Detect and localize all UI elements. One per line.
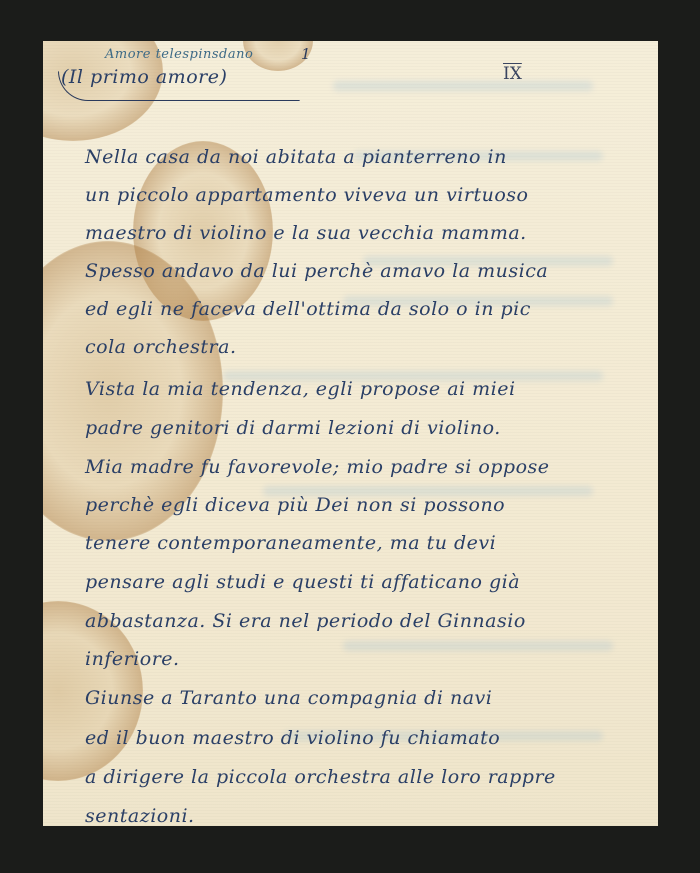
manuscript-page: Amore telespinsdano 1 IX (Il primo amore… [43,41,658,826]
text-line: tenere contemporaneamente, ma tu devi [85,532,496,554]
text-line: abbastanza. Si era nel periodo del Ginna… [85,610,526,632]
text-line: ed il buon maestro di violino fu chiamat… [85,727,500,749]
text-line: Nella casa da noi abitata a pianterreno … [85,146,507,168]
text-line: sentazioni. [85,805,195,826]
text-line: un piccolo appartamento viveva un virtuo… [85,184,528,206]
bleed-through [343,641,613,651]
text-line: ed egli ne faceva dell'ottima da solo o … [85,298,531,320]
text-line: a dirigere la piccola orchestra alle lor… [85,766,556,788]
header-mark: 1 [301,45,311,63]
text-line: padre genitori di darmi lezioni di violi… [85,417,501,439]
text-line: perchè egli diceva più Dei non si posson… [85,494,505,516]
text-line: pensare agli studi e questi ti affatican… [85,571,520,593]
text-line: inferiore. [85,648,180,670]
text-line: maestro di violino e la sua vecchia mamm… [85,222,527,244]
text-line: Mia madre fu favorevole; mio padre si op… [85,456,550,478]
page-title: (Il primo amore) [61,66,227,88]
text-line: Spesso andavo da lui perchè amavo la mus… [85,260,548,282]
header-note: Amore telespinsdano [105,47,253,62]
text-line: cola orchestra. [85,336,237,358]
text-line: Vista la mia tendenza, egli propose ai m… [85,378,516,400]
bleed-through [333,81,593,91]
page-number: IX [503,64,522,84]
text-line: Giunse a Taranto una compagnia di navi [85,687,492,709]
